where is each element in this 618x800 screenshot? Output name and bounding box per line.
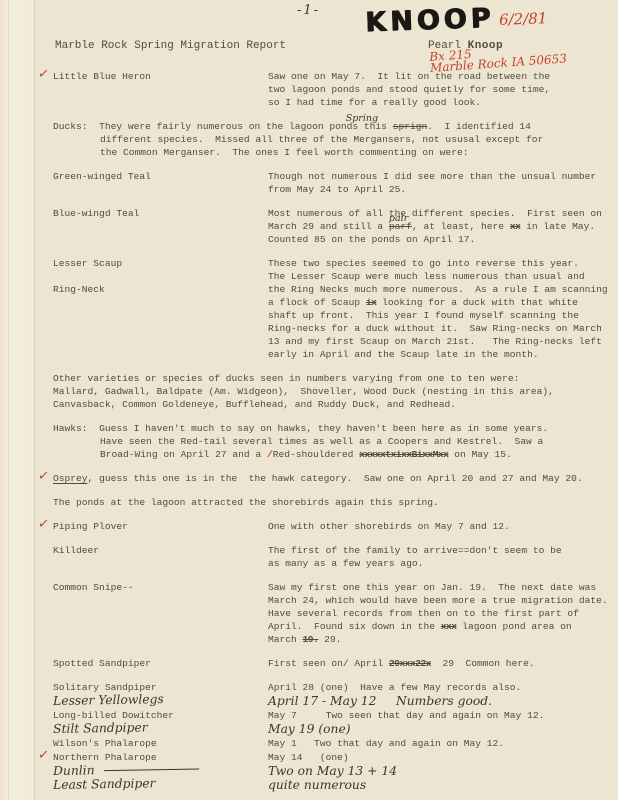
- text-segment: Though not numerous I did see more than …: [268, 171, 596, 195]
- text-segment: April 17 - May 12 Numbers good.: [268, 694, 492, 708]
- species-description: These two species seemed to go into reve…: [268, 257, 611, 361]
- overstruck-text: xxxxxtxixxBixxMxx: [359, 449, 448, 460]
- report-title: Marble Rock Spring Migration Report: [55, 40, 286, 52]
- handwritten-surname-marker: KNOOP: [364, 3, 494, 38]
- scanned-letter-page: -1- KNOOP 6/2/81 Marble Rock Spring Migr…: [0, 0, 618, 800]
- page-number: -1-: [297, 3, 320, 18]
- species-description: May 7 Two seen that day and again on May…: [268, 709, 611, 722]
- text-segment: April 28 (one) Have a few May records al…: [268, 682, 521, 693]
- species-name: Green-winged Teal: [53, 170, 268, 183]
- paragraph-text: Osprey, guess this one is in the the haw…: [53, 472, 611, 485]
- text-segment: Two on May 13 + 14: [268, 764, 397, 778]
- paper-left-edge: [0, 0, 35, 800]
- paragraph-label: Hawks:: [53, 423, 99, 434]
- paragraph-text: The ponds at the lagoon attracted the sh…: [53, 496, 611, 509]
- handwritten-species-row: Stilt SandpiperMay 19 (one): [53, 723, 611, 736]
- red-checkmark: ✓: [37, 469, 50, 484]
- species-description: The first of the family to arrive==don't…: [268, 544, 611, 570]
- text-segment: , guess this one is in the the hawk cate…: [88, 473, 583, 484]
- species-name: Lesser Scaup: [53, 257, 268, 270]
- species-description: May 19 (one): [268, 723, 611, 736]
- species-description: April 17 - May 12 Numbers good.: [268, 695, 611, 708]
- text-segment: Other varieties or species of ducks seen…: [53, 373, 554, 410]
- text-segment: May 19 (one): [268, 722, 351, 736]
- overstruck-text: ix: [366, 297, 377, 308]
- species-description: Two on May 13 + 14: [268, 765, 611, 778]
- species-description: May 1 Two that day and again on May 12.: [268, 737, 611, 750]
- underlined-word: Osprey: [53, 473, 88, 484]
- species-row: ✓Little Blue HeronSaw one on May 7. It l…: [53, 70, 611, 109]
- red-checkmark: ✓: [37, 67, 50, 82]
- struck-text: parfpair: [389, 221, 412, 232]
- species-row: Green-winged TealThough not numerous I d…: [53, 170, 611, 196]
- paragraph-row: ✓Osprey, guess this one is in the the ha…: [53, 472, 611, 485]
- species-name: Ring-Neck: [53, 283, 268, 296]
- species-description: One with other shorebirds on May 7 and 1…: [268, 520, 611, 533]
- handwritten-correction: pair: [389, 212, 408, 225]
- species-name-cell: Green-winged Teal: [53, 170, 268, 183]
- species-description: quite numerous: [268, 779, 611, 792]
- text-segment: The first of the family to arrive==don't…: [268, 545, 562, 569]
- text-segment: May 14 (one): [268, 752, 349, 763]
- species-description: Saw my first one this year on Jan. 19. T…: [268, 581, 611, 646]
- text-segment: , at least, here: [412, 221, 510, 232]
- paragraph-row: Hawks: Guess I haven't much to say on ha…: [53, 422, 611, 461]
- species-row: Common Snipe--Saw my first one this year…: [53, 581, 611, 646]
- species-name: Lesser Yellowlegs: [53, 691, 268, 708]
- species-description: Saw one on May 7. It lit on the road bet…: [268, 70, 611, 109]
- species-name: Wilson's Phalarope: [53, 737, 268, 750]
- overstruck-text: 19.: [303, 634, 319, 645]
- paragraph-row: The ponds at the lagoon attracted the sh…: [53, 496, 611, 509]
- paragraph-row: Ducks: They were fairly numerous on the …: [53, 120, 611, 159]
- text-segment: 29.: [318, 634, 341, 645]
- species-name: Spotted Sandpiper: [53, 657, 268, 670]
- text-segment: 29 Common here.: [431, 658, 535, 669]
- species-name: Common Snipe--: [53, 581, 268, 594]
- species-name-cell: Spotted Sandpiper: [53, 657, 268, 670]
- entries-list: ✓Little Blue HeronSaw one on May 7. It l…: [53, 70, 611, 792]
- species-name-cell: Common Snipe--: [53, 581, 268, 594]
- species-description: May 14 (one): [268, 751, 611, 764]
- text-segment: First seen on/ April: [268, 658, 389, 669]
- text-segment: Saw one on May 7. It lit on the road bet…: [268, 71, 550, 108]
- red-checkmark: ✓: [37, 517, 50, 532]
- species-row: ✓Piping PloverOne with other shorebirds …: [53, 520, 611, 533]
- species-description: Most numerous of all the different speci…: [268, 207, 611, 246]
- species-row: ✓Northern PhalaropeMay 14 (one): [53, 751, 611, 764]
- species-name: Least Sandpiper: [53, 775, 268, 792]
- species-name: Stilt Sandpiper: [53, 719, 268, 736]
- species-row: Blue-wingd TealMost numerous of all the …: [53, 207, 611, 246]
- struck-text: sprignSpring: [393, 121, 428, 132]
- species-row: Wilson's PhalaropeMay 1 Two that day and…: [53, 737, 611, 750]
- species-name-cell: Stilt Sandpiper: [53, 719, 268, 736]
- text-segment: on May 15.: [448, 449, 511, 460]
- paragraph-label: Ducks:: [53, 121, 99, 132]
- overstruck-text: xxx: [441, 621, 457, 632]
- species-description: April 28 (one) Have a few May records al…: [268, 681, 611, 694]
- overstruck-text: xx: [510, 221, 521, 232]
- species-name-cell: Little Blue Heron: [53, 70, 268, 83]
- paragraph-row: Other varieties or species of ducks seen…: [53, 372, 611, 411]
- overstruck-text: 29xxx22x: [389, 658, 431, 669]
- handwritten-date: 6/2/81: [499, 9, 548, 29]
- paragraph-text: Other varieties or species of ducks seen…: [53, 372, 611, 411]
- species-name-cell: Blue-wingd Teal: [53, 207, 268, 220]
- text-segment: quite numerous: [268, 778, 366, 792]
- species-description: Though not numerous I did see more than …: [268, 170, 611, 196]
- species-name-cell: Lesser ScaupRing-Neck: [53, 257, 268, 296]
- handwritten-species-row: Lesser YellowlegsApril 17 - May 12 Numbe…: [53, 695, 611, 708]
- red-checkmark: ✓: [37, 748, 50, 763]
- text-segment: One with other shorebirds on May 7 and 1…: [268, 521, 510, 532]
- species-name: Killdeer: [53, 544, 268, 557]
- species-row: KilldeerThe first of the family to arriv…: [53, 544, 611, 570]
- text-segment: Red-shouldered: [273, 449, 359, 460]
- species-name: Blue-wingd Teal: [53, 207, 268, 220]
- species-description: First seen on/ April 29xxx22x 29 Common …: [268, 657, 611, 670]
- handwritten-dash: [105, 767, 200, 771]
- species-name-cell: Least Sandpiper: [53, 775, 268, 792]
- species-row: Lesser ScaupRing-NeckThese two species s…: [53, 257, 611, 361]
- text-segment: May 7 Two seen that day and again on May…: [268, 710, 544, 721]
- text-segment: The ponds at the lagoon attracted the sh…: [53, 497, 439, 508]
- species-name: Piping Plover: [53, 520, 268, 533]
- handwritten-species-row: Least Sandpiperquite numerous: [53, 779, 611, 792]
- species-name-cell: Lesser Yellowlegs: [53, 691, 268, 708]
- species-name-cell: Wilson's Phalarope: [53, 737, 268, 750]
- species-name-cell: Killdeer: [53, 544, 268, 557]
- paragraph-text: Ducks: They were fairly numerous on the …: [53, 120, 611, 159]
- species-name: Little Blue Heron: [53, 70, 268, 83]
- species-row: Spotted SandpiperFirst seen on/ April 29…: [53, 657, 611, 670]
- text-segment: May 1 Two that day and again on May 12.: [268, 738, 504, 749]
- species-name-cell: Piping Plover: [53, 520, 268, 533]
- paragraph-text: Hawks: Guess I haven't much to say on ha…: [53, 422, 611, 461]
